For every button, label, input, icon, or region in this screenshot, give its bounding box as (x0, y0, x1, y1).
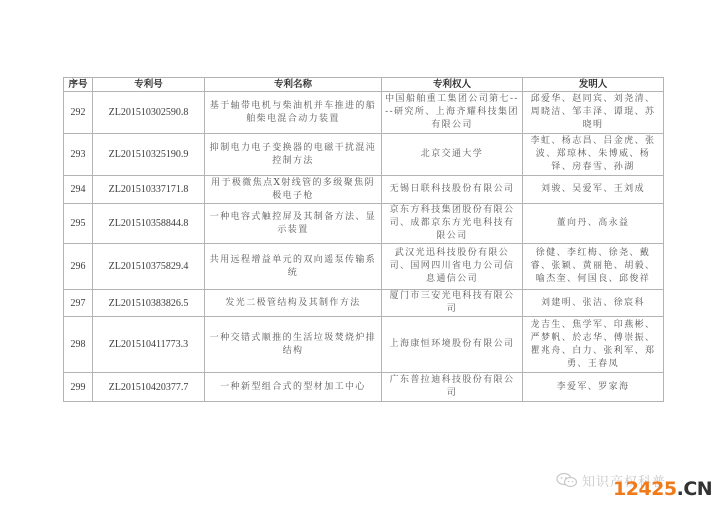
table-header-row: 序号 专利号 专利名称 专利权人 发明人 (64, 78, 664, 92)
cell-inventors: 龙吉生、焦学军、印燕彬、严梦帆、於志华、傅崇振、瞿兆舟、白力、张利军、郑勇、王春… (523, 317, 664, 373)
patent-table: 序号 专利号 专利名称 专利权人 发明人 292 ZL201510302590.… (63, 77, 664, 402)
cell-patentee: 广东普拉迪科技股份有限公司 (382, 373, 523, 402)
cell-patentee: 北京交通大学 (382, 134, 523, 176)
cell-serial: 293 (64, 134, 93, 176)
cell-patentee: 武汉光迅科技股份有限公司、国网四川省电力公司信息通信公司 (382, 244, 523, 290)
table-row: 297 ZL201510383826.5 发光二极管结构及其制作方法 厦门市三安… (64, 290, 664, 317)
cell-patentee: 无锡日联科技股份有限公司 (382, 176, 523, 204)
cell-inventors: 邱爱华、赵同宾、刘尧清、周晓洁、邹丰泽、谭琨、苏晓明 (523, 92, 664, 134)
cell-serial: 295 (64, 204, 93, 244)
cell-patent-title: 用于极微焦点X射线管的多级聚焦阴极电子枪 (205, 176, 382, 204)
cell-serial: 296 (64, 244, 93, 290)
cell-patent-title: 抑制电力电子变换器的电磁干扰混沌控制方法 (205, 134, 382, 176)
cell-patentee: 京东方科技集团股份有限公司、成都京东方光电科技有限公司 (382, 204, 523, 244)
cell-patent-number: ZL201510411773.3 (93, 317, 205, 373)
table-row: 294 ZL201510337171.8 用于极微焦点X射线管的多级聚焦阴极电子… (64, 176, 664, 204)
header-serial: 序号 (64, 78, 93, 92)
table-row: 296 ZL201510375829.4 共用远程增益单元的双向遥泵传输系统 武… (64, 244, 664, 290)
wechat-icon (556, 472, 578, 488)
cell-serial: 297 (64, 290, 93, 317)
cell-patent-title: 共用远程增益单元的双向遥泵传输系统 (205, 244, 382, 290)
table-row: 292 ZL201510302590.8 基于轴带电机与柴油机并车推进的船舶柴电… (64, 92, 664, 134)
cell-patent-number: ZL201510358844.8 (93, 204, 205, 244)
site-logo-digits: 12425 (613, 478, 677, 500)
cell-patent-number: ZL201510337171.8 (93, 176, 205, 204)
cell-patent-number: ZL201510325190.9 (93, 134, 205, 176)
cell-patent-number: ZL201510420377.7 (93, 373, 205, 402)
cell-patent-number: ZL201510302590.8 (93, 92, 205, 134)
cell-serial: 299 (64, 373, 93, 402)
table-row: 298 ZL201510411773.3 一种交错式顺推的生活垃圾焚烧炉排结构 … (64, 317, 664, 373)
cell-inventors: 李虹、杨志昌、吕金虎、张波、郑琼林、朱博威、杨铎、房春雪、孙湖 (523, 134, 664, 176)
header-patentee: 专利权人 (382, 78, 523, 92)
header-patent-number: 专利号 (93, 78, 205, 92)
cell-patent-title: 一种电容式触控屏及其制备方法、显示装置 (205, 204, 382, 244)
cell-inventors: 刘建明、张洁、徐宸科 (523, 290, 664, 317)
cell-serial: 298 (64, 317, 93, 373)
cell-patentee: 上海康恒环境股份有限公司 (382, 317, 523, 373)
site-logo-tld: .CN (677, 478, 713, 500)
cell-inventors: 董向丹、高永益 (523, 204, 664, 244)
cell-patent-number: ZL201510383826.5 (93, 290, 205, 317)
cell-patent-title: 一种交错式顺推的生活垃圾焚烧炉排结构 (205, 317, 382, 373)
cell-patent-title: 基于轴带电机与柴油机并车推进的船舶柴电混合动力装置 (205, 92, 382, 134)
cell-patent-title: 一种新型组合式的型材加工中心 (205, 373, 382, 402)
table-row: 295 ZL201510358844.8 一种电容式触控屏及其制备方法、显示装置… (64, 204, 664, 244)
cell-serial: 292 (64, 92, 93, 134)
table-row: 299 ZL201510420377.7 一种新型组合式的型材加工中心 广东普拉… (64, 373, 664, 402)
cell-inventors: 徐健、李红梅、徐尧、戴睿、张颖、黄丽艳、胡毅、喻杰奎、何国良、邱俊祥 (523, 244, 664, 290)
cell-patentee: 厦门市三安光电科技有限公司 (382, 290, 523, 317)
cell-inventors: 刘骏、吴爱军、王刘成 (523, 176, 664, 204)
table-row: 293 ZL201510325190.9 抑制电力电子变换器的电磁干扰混沌控制方… (64, 134, 664, 176)
cell-inventors: 李爱军、罗家海 (523, 373, 664, 402)
header-inventors: 发明人 (523, 78, 664, 92)
site-logo: 12425.CN (613, 478, 712, 500)
cell-patentee: 中国船舶重工集团公司第七----研究所、上海齐耀科技集团有限公司 (382, 92, 523, 134)
cell-serial: 294 (64, 176, 93, 204)
header-patent-title: 专利名称 (205, 78, 382, 92)
cell-patent-title: 发光二极管结构及其制作方法 (205, 290, 382, 317)
cell-patent-number: ZL201510375829.4 (93, 244, 205, 290)
